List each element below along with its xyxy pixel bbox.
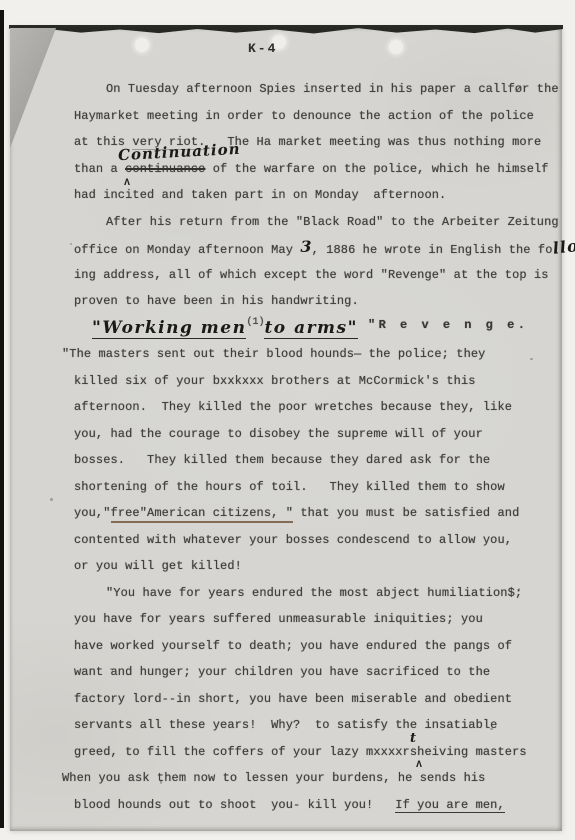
- typed-line: proven to have been in his handwriting.: [74, 288, 550, 315]
- punch-hole: [135, 38, 149, 52]
- typed-segment: greed, to fill the coffers of your lazy …: [74, 745, 417, 759]
- typed-line: afternoon. They killed the poor wretches…: [74, 394, 550, 421]
- typed-line: bosses. They killed them because they da…: [74, 447, 550, 474]
- typed-line: On Tuesday afternoon Spies inserted in h…: [74, 76, 550, 103]
- typed-segment: than a: [74, 162, 125, 176]
- typed-line: want and hunger; your children you have …: [74, 659, 550, 686]
- handwritten-date-digit: 3: [300, 234, 311, 261]
- typed-line: ing address, all of which except the wor…: [74, 262, 550, 289]
- scanned-document: K-4 On Tuesday afternoon Spies inserted …: [0, 0, 575, 840]
- typed-segment: office on Monday afternoon May: [74, 243, 300, 257]
- typed-line: Haymarket meeting in order to denounce t…: [74, 103, 550, 130]
- typed-line: servants all these years! Why? to satisf…: [74, 712, 550, 739]
- paper-speck: [50, 498, 53, 501]
- typed-segment: blood hounds out to shoot you- kill you!: [74, 798, 395, 812]
- handwritten-heading: to arms": [264, 318, 358, 339]
- typed-line: "The masters sent out their blood hounds…: [62, 341, 550, 368]
- typed-line: or you will get killed!: [74, 553, 550, 580]
- typed-segment: that you must be satisfied and: [293, 506, 519, 520]
- underlined-phrase: free"American citizens, ": [111, 506, 294, 523]
- footnote-marker: (1): [246, 317, 264, 328]
- typed-line: After his return from the "Black Road" t…: [74, 209, 550, 236]
- typed-line-with-underline: you,"free"American citizens, " that you …: [74, 500, 550, 527]
- typed-line: you, had the courage to disobey the supr…: [74, 421, 550, 448]
- page-number: K-4: [248, 41, 277, 56]
- revenge-heading: "Working men(1)to arms""R e v e n g e.: [74, 315, 550, 342]
- typed-line: When you ask them now to lessen your bur…: [62, 765, 550, 792]
- typed-line-with-correction: ContinuationΛthan a continuance of the w…: [74, 156, 550, 183]
- handwritten-word-ending: llow-: [551, 230, 575, 262]
- document-page: K-4 On Tuesday afternoon Spies inserted …: [10, 28, 562, 831]
- typed-text-block: On Tuesday afternoon Spies inserted in h…: [74, 76, 550, 818]
- typed-segment: you,": [74, 506, 111, 520]
- typed-line: contented with whatever your bosses cond…: [74, 527, 550, 554]
- scan-edge: [0, 10, 4, 828]
- typed-line: had incited and taken part in on Monday …: [74, 182, 550, 209]
- typed-line: factory lord--in short, you have been mi…: [74, 686, 550, 713]
- typed-line: "You have for years endured the most abj…: [74, 580, 550, 607]
- folded-corner: [10, 28, 56, 148]
- punch-hole: [389, 40, 403, 54]
- typed-segment: , 1886 he wrote in English the fo: [312, 243, 553, 257]
- handwritten-heading: "Working men: [92, 318, 246, 339]
- typed-title: "R e v e n g e.: [368, 318, 529, 332]
- typed-segment: heiving masters: [417, 745, 527, 759]
- typed-segment: The Ha market meeting was thus nothing m…: [205, 135, 541, 149]
- handwritten-inserted-letter: t: [410, 726, 416, 753]
- torn-edge: [9, 25, 563, 34]
- typed-segment: of the warfare on the police, which he h…: [205, 162, 548, 176]
- paper-speck: [70, 243, 72, 245]
- typed-line-with-underline: blood hounds out to shoot you- kill you!…: [74, 792, 550, 819]
- typed-line-with-insertion: tΛgreed, to fill the coffers of your laz…: [74, 739, 550, 766]
- typed-line: have worked yourself to death; you have …: [74, 633, 550, 660]
- typed-line: you have for years suffered unmeasurable…: [74, 606, 550, 633]
- typed-line: shortening of the hours of toil. They ki…: [74, 474, 550, 501]
- underlined-phrase: If you are men,: [395, 798, 505, 813]
- typed-line-with-handwriting: office on Monday afternoon May 3, 1886 h…: [74, 235, 550, 262]
- typed-line: killed six of your bxxkxxx brothers at M…: [74, 368, 550, 395]
